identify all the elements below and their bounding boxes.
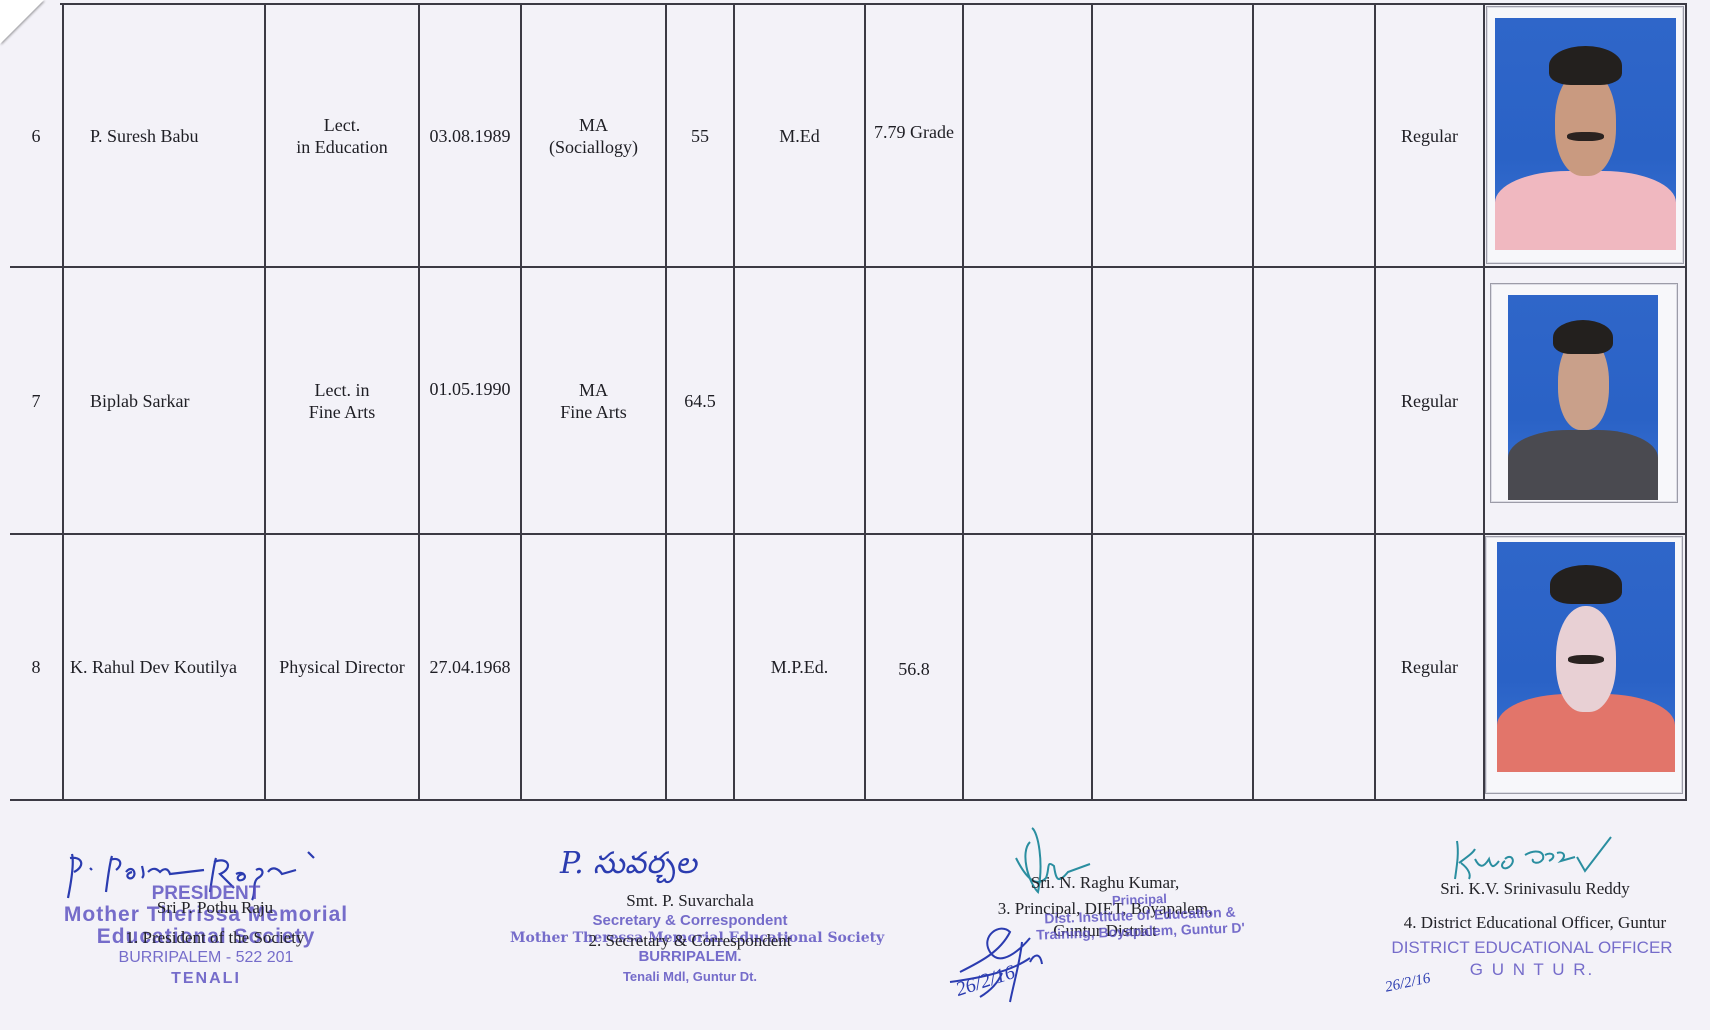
signatory-name: Smt. P. Suvarchala bbox=[560, 890, 820, 912]
cell-name: P. Suresh Babu bbox=[64, 5, 264, 266]
table-column-divider bbox=[1685, 3, 1687, 799]
cell-appointment-type: Regular bbox=[1376, 5, 1483, 266]
cell-pg-percentage: 55 bbox=[667, 5, 733, 266]
cell-blank-10 bbox=[1093, 535, 1252, 799]
signatory-name: Sri. K.V. Srinivasulu Reddy bbox=[1370, 878, 1700, 900]
cell-professional-qualification: M.Ed bbox=[735, 5, 864, 266]
signatory-president-text: Sri P. Pothu Raju 1. President of the So… bbox=[80, 897, 350, 949]
cell-blank-10 bbox=[1093, 268, 1252, 533]
table-row-divider bbox=[10, 799, 1687, 801]
cell-date-of-birth: 01.05.1990 bbox=[420, 256, 520, 521]
cell-professional-percentage bbox=[866, 268, 962, 533]
photo-suresh-babu bbox=[1495, 18, 1676, 250]
signatory-deo-text: Sri. K.V. Srinivasulu Reddy 4. District … bbox=[1370, 878, 1700, 934]
cell-blank-9 bbox=[964, 5, 1091, 266]
handwritten-signature-secretary: P. సువర్చల bbox=[560, 846, 697, 888]
stamp-line: BURRIPALEM - 522 201 bbox=[36, 948, 376, 968]
folded-page-corner bbox=[0, 0, 44, 44]
photo-biplab-sarkar bbox=[1508, 295, 1658, 500]
cell-professional-qualification: M.P.Ed. bbox=[735, 535, 864, 799]
cell-pg-qualification: MA Fine Arts bbox=[522, 268, 665, 533]
stamp-line: TENALI bbox=[36, 968, 376, 990]
stamp-line: Secretary & Correspondent bbox=[510, 912, 870, 929]
cell-serial-number: 7 bbox=[10, 268, 62, 533]
signatory-name: Sri P. Pothu Raju bbox=[80, 897, 350, 919]
cell-blank-9 bbox=[964, 268, 1091, 533]
cell-designation: Lect. in Fine Arts bbox=[266, 268, 418, 533]
cell-professional-qualification bbox=[735, 268, 864, 533]
signatory-title: 2. Secretary & Correspondent bbox=[540, 930, 840, 952]
cell-designation: Lect. in Education bbox=[266, 5, 418, 266]
cell-pg-qualification bbox=[522, 535, 665, 799]
cell-pg-qualification: MA (Sociallogy) bbox=[522, 5, 665, 266]
cell-name: K. Rahul Dev Koutilya bbox=[64, 535, 264, 799]
cell-blank-11 bbox=[1254, 535, 1374, 799]
cell-blank-10 bbox=[1093, 5, 1252, 266]
stamp-line: Tenali Mdl, Guntur Dt. bbox=[510, 967, 870, 987]
cell-designation: Physical Director bbox=[266, 535, 418, 799]
cell-serial-number: 8 bbox=[10, 535, 62, 799]
cell-pg-percentage bbox=[667, 535, 733, 799]
cell-serial-number: 6 bbox=[10, 5, 62, 266]
cell-blank-11 bbox=[1254, 268, 1374, 533]
cell-pg-percentage: 64.5 bbox=[667, 268, 733, 533]
signatory-title: 4. District Educational Officer, Guntur bbox=[1370, 912, 1700, 934]
stamp-principal: Principal Dist. Institute of Education &… bbox=[1009, 888, 1270, 943]
stamp-line: DISTRICT EDUCATIONAL OFFICER bbox=[1372, 938, 1692, 958]
cell-blank-11 bbox=[1254, 5, 1374, 266]
cell-date-of-birth: 03.08.1989 bbox=[420, 5, 520, 266]
signatory-secretary-text: Smt. P. Suvarchala bbox=[560, 890, 820, 912]
cell-name: Biplab Sarkar bbox=[64, 268, 264, 533]
photo-rahul-dev-koutilya bbox=[1497, 542, 1675, 772]
signatory-title: 1. President of the Society bbox=[80, 927, 350, 949]
cell-appointment-type: Regular bbox=[1376, 268, 1483, 533]
signatory-secretary-title: 2. Secretary & Correspondent bbox=[540, 930, 840, 952]
cell-blank-9 bbox=[964, 535, 1091, 799]
cell-appointment-type: Regular bbox=[1376, 535, 1483, 799]
cell-date-of-birth: 27.04.1968 bbox=[420, 535, 520, 799]
